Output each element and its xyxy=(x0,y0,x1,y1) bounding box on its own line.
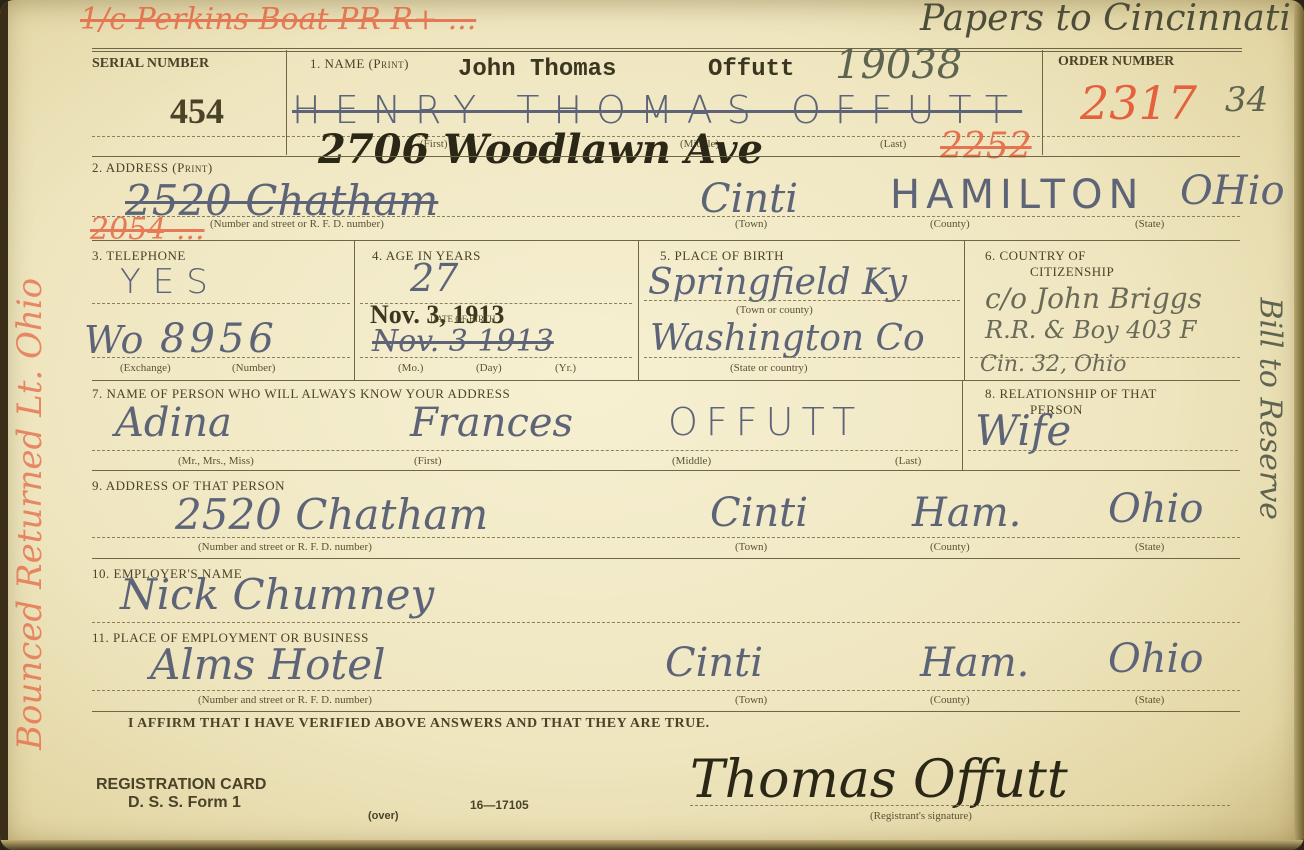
contact-first: Adina xyxy=(115,400,232,446)
contact-cap-title: (Mr., Mrs., Miss) xyxy=(178,455,254,467)
tel-age-divider xyxy=(354,240,355,380)
dob-struck: Nov. 3 1913 xyxy=(372,324,554,359)
employment-cap-county: (County) xyxy=(930,694,970,706)
birth-citizenship-divider xyxy=(964,240,965,380)
top-rule-2 xyxy=(92,51,1242,52)
address-county: HAMILTON xyxy=(890,172,1144,218)
employment-cap-state: (State) xyxy=(1135,694,1164,706)
contact-address-cap-state: (State) xyxy=(1135,541,1164,553)
affirmation-text: I AFFIRM THAT I HAVE VERIFIED ABOVE ANSW… xyxy=(128,716,710,732)
birthplace-state: Washington Co xyxy=(650,318,925,359)
telephone-cap-exchange: (Exchange) xyxy=(120,362,171,374)
order-divider xyxy=(1042,50,1043,155)
employment-street: Alms Hotel xyxy=(150,640,386,689)
dob-cap-mo: (Mo.) xyxy=(398,362,423,374)
employment-cap-town: (Town) xyxy=(735,694,767,706)
row7-bottom xyxy=(92,470,1240,471)
contact-address-town: Cinti xyxy=(710,490,808,536)
order-struck-red: 2252 xyxy=(940,126,1032,167)
dob-label: DATE OF BIRTH xyxy=(430,314,495,324)
top-annotation-pencil: Papers to Cincinnati xyxy=(920,0,1291,39)
contact-relationship-divider xyxy=(962,380,963,470)
employer-dashed xyxy=(92,622,1240,623)
order-number-label: ORDER NUMBER xyxy=(1058,54,1174,70)
contact-address-cap-town: (Town) xyxy=(735,541,767,553)
contact-last: OFFUTT xyxy=(668,400,863,444)
address-state: OHio xyxy=(1180,168,1285,214)
citizenship-note-3: Cin. 32, Ohio xyxy=(980,352,1127,377)
row3-bottom xyxy=(92,380,1240,381)
card-edge-left xyxy=(0,0,8,850)
contact-cap-middle: (Middle) xyxy=(672,455,711,467)
name-typed-last: Offutt xyxy=(708,56,794,83)
contact-address-county: Ham. xyxy=(912,490,1021,536)
serial-number-label: SERIAL NUMBER xyxy=(92,56,209,72)
card-edge-bottom xyxy=(0,840,1304,850)
dob-dashed xyxy=(360,357,632,358)
card-edge-right xyxy=(1294,0,1304,850)
contact-address-street: 2520 Chatham xyxy=(175,490,488,539)
birthplace-dashed-2 xyxy=(644,357,960,358)
contact-dashed xyxy=(92,450,958,451)
contact-middle: Frances xyxy=(410,400,573,446)
citizenship-label-2: CITIZENSHIP xyxy=(1030,264,1114,280)
serial-number-value: 454 xyxy=(170,90,224,132)
contact-address-cap-county: (County) xyxy=(930,541,970,553)
order-number-pencil: 34 xyxy=(1225,80,1268,120)
order-number-red: 2317 xyxy=(1080,76,1197,130)
employment-state: Ohio xyxy=(1108,636,1203,682)
address-overwrite-ink: 2706 Woodlawn Ave xyxy=(318,126,763,173)
relationship-label-1: 8. RELATIONSHIP OF THAT xyxy=(985,386,1157,402)
birthplace-cap-state: (State or country) xyxy=(730,362,808,374)
address-cap-street: (Number and street or R. F. D. number) xyxy=(210,218,384,230)
contact-cap-last: (Last) xyxy=(895,455,921,467)
contact-address-dashed xyxy=(92,537,1240,538)
print-code: 16—17105 xyxy=(470,798,529,812)
row1-bottom xyxy=(92,156,1240,157)
row2-dashed xyxy=(92,216,1240,217)
left-margin-red: Bounced Returned Lt. Ohio xyxy=(10,330,50,750)
citizenship-label-1: 6. COUNTRY OF xyxy=(985,248,1086,264)
name-label: 1. NAME (Print) xyxy=(310,56,409,72)
row2-bottom xyxy=(92,240,1240,241)
top-annotation-red: 1/c Perkins Boat PR R+ ... xyxy=(80,2,476,37)
telephone-dashed-1 xyxy=(92,303,350,304)
employer-value: Nick Chumney xyxy=(120,570,434,619)
address-cap-state: (State) xyxy=(1135,218,1164,230)
employment-cap-street: (Number and street or R. F. D. number) xyxy=(198,694,372,706)
registration-card: 1/c Perkins Boat PR R+ ... Papers to Cin… xyxy=(0,0,1304,850)
address-cap-county: (County) xyxy=(930,218,970,230)
registrant-signature: Thomas Offutt xyxy=(690,750,1068,810)
telephone-number: 8956 xyxy=(160,316,278,362)
name-cap-last: (Last) xyxy=(880,138,906,150)
row9-bottom xyxy=(92,558,1240,559)
right-margin-pencil: Bill to Reserve xyxy=(1253,298,1288,658)
name-number-pencil: 19038 xyxy=(835,42,962,88)
dob-cap-yr: (Yr.) xyxy=(555,362,576,374)
telephone-cap-number: (Number) xyxy=(232,362,275,374)
birthplace-town: Springfield Ky xyxy=(648,262,907,303)
serial-divider xyxy=(286,50,287,155)
signature-dashed xyxy=(690,805,1230,806)
signature-cap: (Registrant's signature) xyxy=(870,810,972,822)
telephone-exchange: Wo xyxy=(84,318,143,362)
over-note: (over) xyxy=(368,810,399,822)
citizenship-note-1: c/o John Briggs xyxy=(985,282,1202,315)
name-typed-first: John Thomas xyxy=(458,56,616,83)
age-birth-divider xyxy=(638,240,639,380)
form-title: REGISTRATION CARD xyxy=(96,776,266,794)
relationship-dashed xyxy=(968,450,1238,451)
address-cap-town: (Town) xyxy=(735,218,767,230)
employment-town: Cinti xyxy=(665,640,763,686)
employment-dashed xyxy=(92,690,1240,691)
top-rule xyxy=(92,48,1242,49)
telephone-answer: YES xyxy=(120,262,220,302)
contact-cap-first: (First) xyxy=(414,455,442,467)
telephone-dashed-2 xyxy=(92,357,350,358)
contact-address-cap-street: (Number and street or R. F. D. number) xyxy=(198,541,372,553)
relationship-value: Wife xyxy=(975,406,1071,455)
address-label: 2. ADDRESS (Print) xyxy=(92,160,213,176)
employment-county: Ham. xyxy=(920,640,1029,686)
birthplace-dashed-1 xyxy=(644,300,960,301)
contact-address-state: Ohio xyxy=(1108,486,1203,532)
citizenship-note-2: R.R. & Boy 403 F xyxy=(985,316,1196,344)
dob-cap-day: (Day) xyxy=(476,362,502,374)
age-value: 27 xyxy=(410,256,458,300)
form-number: D. S. S. Form 1 xyxy=(128,794,241,812)
birthplace-cap-town: (Town or county) xyxy=(736,304,813,316)
address-struck-red: 2054 ... xyxy=(90,212,205,247)
row11-bottom xyxy=(92,711,1240,712)
